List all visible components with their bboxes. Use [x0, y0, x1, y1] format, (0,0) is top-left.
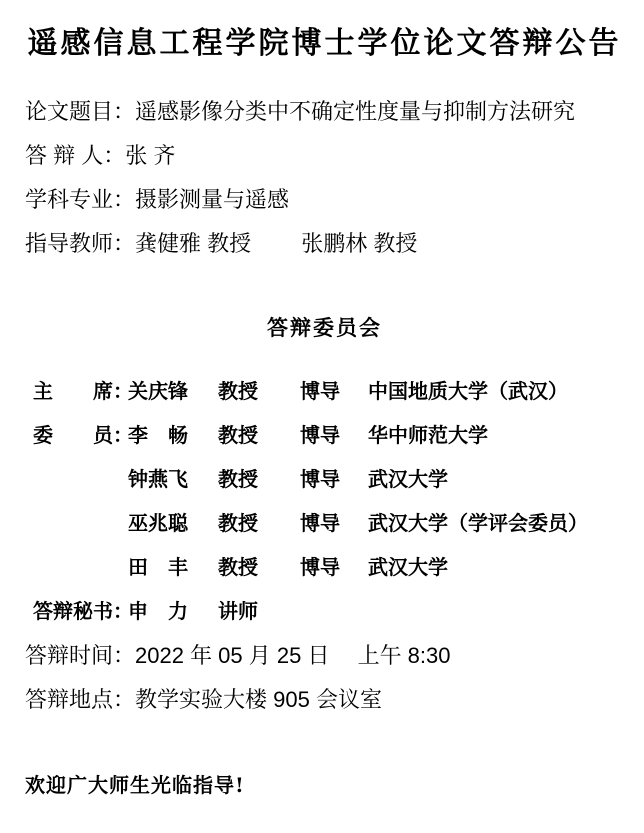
committee-member-advisor: 博导 [300, 381, 368, 402]
schedule-section: 答辩时间：2022 年 05 月 25 日 上午 8:30 答辩地点：教学实验大… [25, 645, 624, 711]
committee-role [33, 469, 128, 490]
supervisors-value: 龚健雅 教授 张鹏林 教授 [135, 231, 417, 256]
committee-member-affiliation: 武汉大学 [368, 469, 624, 490]
committee-role: 委 员： [33, 425, 128, 446]
committee-role [33, 513, 128, 534]
committee-member-affiliation: 中国地质大学（武汉） [368, 381, 624, 402]
committee-member-advisor [300, 601, 368, 622]
committee-member-title: 讲师 [218, 601, 300, 622]
closing-note: 欢迎广大师生光临指导! [25, 775, 624, 796]
defense-announcement-document: 遥感信息工程学院博士学位论文答辩公告 论文题目：遥感影像分类中不确定性度量与抑制… [0, 0, 644, 833]
committee-member-title: 教授 [218, 469, 300, 490]
info-section: 论文题目：遥感影像分类中不确定性度量与抑制方法研究 答 辩 人：张 齐 学科专业… [25, 101, 624, 255]
committee-member-name: 申 力 [128, 601, 218, 622]
committee-role: 答辩秘书： [33, 601, 128, 622]
committee-row-chair: 主 席： 关庆锋 教授 博导 中国地质大学（武汉） [25, 381, 624, 402]
committee-row-secretary: 答辩秘书： 申 力 讲师 [25, 601, 624, 622]
committee-row-member: 委 员： 李 畅 教授 博导 华中师范大学 [25, 425, 624, 446]
committee-row-member: 田 丰 教授 博导 武汉大学 [25, 557, 624, 578]
major-value: 摄影测量与遥感 [135, 187, 289, 212]
defense-location-value: 教学实验大楼 905 会议室 [135, 687, 382, 712]
committee-row-member: 巫兆聪 教授 博导 武汉大学（学评会委员） [25, 513, 624, 534]
committee-member-affiliation: 武汉大学 [368, 557, 624, 578]
supervisors-row: 指导教师：龚健雅 教授 张鹏林 教授 [25, 233, 624, 255]
defense-time-label: 答辩时间： [25, 643, 135, 668]
committee-member-name: 田 丰 [128, 557, 218, 578]
major-label: 学科专业： [25, 187, 135, 212]
committee-member-affiliation: 武汉大学（学评会委员） [368, 513, 624, 534]
page-title: 遥感信息工程学院博士学位论文答辩公告 [25, 26, 624, 62]
committee-member-name: 巫兆聪 [128, 513, 218, 534]
thesis-title-value: 遥感影像分类中不确定性度量与抑制方法研究 [135, 99, 575, 124]
committee-table: 主 席： 关庆锋 教授 博导 中国地质大学（武汉） 委 员： 李 畅 教授 博导… [25, 381, 624, 622]
committee-row-member: 钟燕飞 教授 博导 武汉大学 [25, 469, 624, 490]
committee-member-name: 李 畅 [128, 425, 218, 446]
major-row: 学科专业：摄影测量与遥感 [25, 189, 624, 211]
thesis-title-label: 论文题目： [25, 99, 135, 124]
committee-member-affiliation: 华中师范大学 [368, 425, 624, 446]
committee-member-advisor: 博导 [300, 557, 368, 578]
committee-member-advisor: 博导 [300, 469, 368, 490]
committee-member-title: 教授 [218, 513, 300, 534]
committee-heading: 答辩委员会 [25, 317, 624, 339]
defense-time-value: 2022 年 05 月 25 日 上午 8:30 [135, 643, 451, 668]
committee-role [33, 557, 128, 578]
committee-member-title: 教授 [218, 557, 300, 578]
committee-member-advisor: 博导 [300, 425, 368, 446]
defense-location-row: 答辩地点：教学实验大楼 905 会议室 [25, 689, 624, 711]
defender-label: 答 辩 人： [25, 143, 125, 168]
committee-member-name: 钟燕飞 [128, 469, 218, 490]
defense-location-label: 答辩地点： [25, 687, 135, 712]
thesis-title-row: 论文题目：遥感影像分类中不确定性度量与抑制方法研究 [25, 101, 624, 123]
committee-role: 主 席： [33, 381, 128, 402]
committee-member-affiliation [368, 601, 624, 622]
supervisors-label: 指导教师： [25, 231, 135, 256]
defense-time-row: 答辩时间：2022 年 05 月 25 日 上午 8:30 [25, 645, 624, 667]
defender-row: 答 辩 人：张 齐 [25, 145, 624, 167]
committee-member-title: 教授 [218, 425, 300, 446]
defender-value: 张 齐 [125, 143, 175, 168]
committee-member-title: 教授 [218, 381, 300, 402]
committee-member-name: 关庆锋 [128, 381, 218, 402]
committee-member-advisor: 博导 [300, 513, 368, 534]
